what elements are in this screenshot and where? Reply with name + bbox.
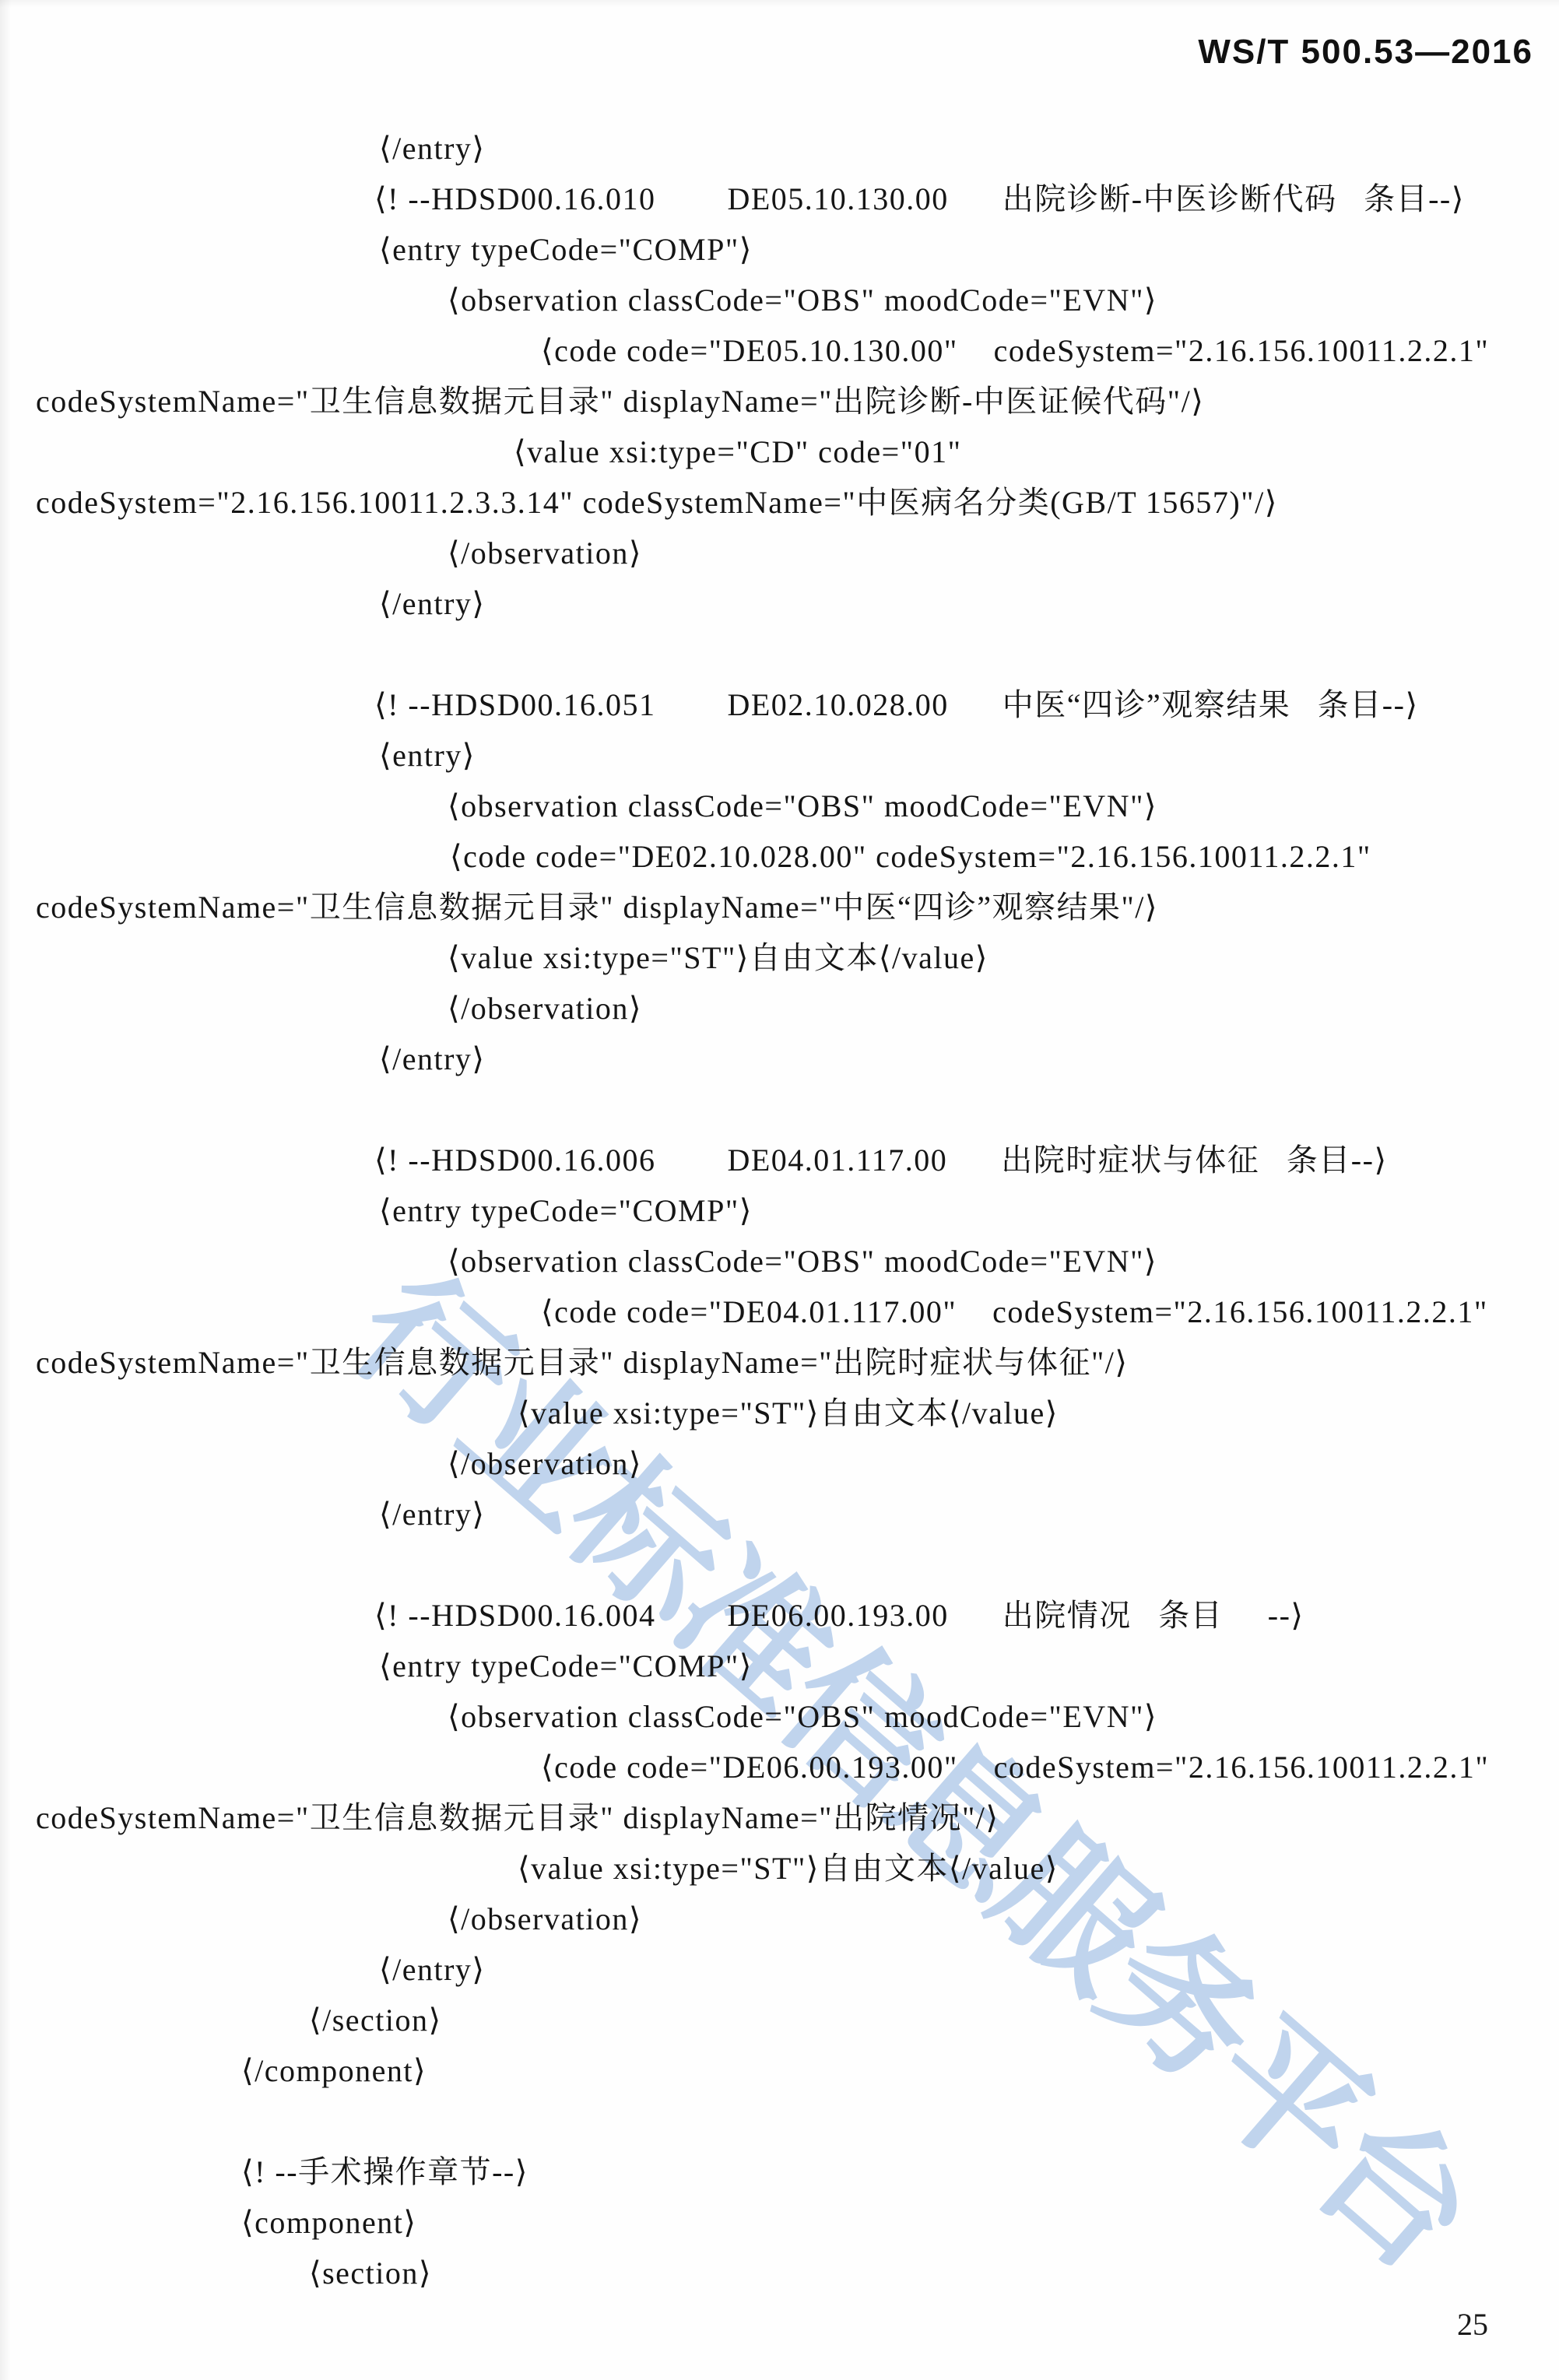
xml-code-line: ⟨! --HDSD00.16.051 DE02.10.028.00 中医“四诊”… <box>0 679 1559 730</box>
xml-code-line: ⟨component⟩ <box>0 2197 1559 2248</box>
xml-code-line: ⟨section⟩ <box>0 2248 1559 2298</box>
xml-code-line: ⟨value xsi:type="ST"⟩自由文本⟨/value⟩ <box>0 1388 1559 1438</box>
xml-code-line: ⟨/observation⟩ <box>0 1894 1559 1944</box>
xml-code-line: codeSystem="2.16.156.10011.2.3.3.14" cod… <box>0 477 1559 528</box>
xml-code-line <box>0 1084 1559 1135</box>
xml-code-line: ⟨/component⟩ <box>0 2045 1559 2096</box>
scan-edge-shading-top <box>0 0 1559 8</box>
xml-code-line: ⟨code code="DE06.00.193.00" codeSystem="… <box>0 1742 1559 1792</box>
standard-number-header: WS/T 500.53—2016 <box>1198 33 1533 72</box>
xml-code-line: ⟨/observation⟩ <box>0 1438 1559 1489</box>
xml-code-line: ⟨! --HDSD00.16.006 DE04.01.117.00 出院时症状与… <box>0 1135 1559 1185</box>
xml-code-line: codeSystemName="卫生信息数据元目录" displayName="… <box>0 1337 1559 1388</box>
xml-code-line: ⟨observation classCode="OBS" moodCode="E… <box>0 781 1559 831</box>
xml-code-line: ⟨/entry⟩ <box>0 1944 1559 1995</box>
xml-code-line: ⟨/observation⟩ <box>0 983 1559 1034</box>
xml-code-line: ⟨entry typeCode="COMP"⟩ <box>0 1641 1559 1691</box>
xml-code-line: ⟨! --HDSD00.16.004 DE06.00.193.00 出院情况 条… <box>0 1590 1559 1641</box>
xml-code-line: ⟨/entry⟩ <box>0 1034 1559 1084</box>
xml-code-line: ⟨/observation⟩ <box>0 528 1559 578</box>
xml-code-line: ⟨entry typeCode="COMP"⟩ <box>0 1185 1559 1236</box>
xml-code-line: codeSystemName="卫生信息数据元目录" displayName="… <box>0 1792 1559 1843</box>
xml-code-line: codeSystemName="卫生信息数据元目录" displayName="… <box>0 376 1559 427</box>
xml-code-line: ⟨observation classCode="OBS" moodCode="E… <box>0 275 1559 325</box>
xml-code-line: ⟨entry⟩ <box>0 730 1559 781</box>
xml-code-line: codeSystemName="卫生信息数据元目录" displayName="… <box>0 882 1559 932</box>
xml-code-line: ⟨! --HDSD00.16.010 DE05.10.130.00 出院诊断-中… <box>0 174 1559 224</box>
xml-code-line: ⟨value xsi:type="ST"⟩自由文本⟨/value⟩ <box>0 1843 1559 1894</box>
xml-code-line <box>0 1539 1559 1590</box>
xml-code-line: ⟨entry typeCode="COMP"⟩ <box>0 224 1559 275</box>
xml-code-line <box>0 629 1559 679</box>
xml-code-line: ⟨/entry⟩ <box>0 1489 1559 1539</box>
document-page: 行业标准信息服务平台 WS/T 500.53—2016 ⟨/entry⟩⟨! -… <box>0 0 1559 2380</box>
xml-code-block: ⟨/entry⟩⟨! --HDSD00.16.010 DE05.10.130.0… <box>0 123 1559 2298</box>
xml-code-line: ⟨value xsi:type="ST"⟩自由文本⟨/value⟩ <box>0 932 1559 983</box>
page-number: 25 <box>1457 2306 1488 2343</box>
xml-code-line: ⟨value xsi:type="CD" code="01" <box>0 427 1559 477</box>
xml-code-line <box>0 2096 1559 2147</box>
xml-code-line: ⟨code code="DE02.10.028.00" codeSystem="… <box>0 831 1559 882</box>
xml-code-line: ⟨/entry⟩ <box>0 123 1559 174</box>
xml-code-line: ⟨observation classCode="OBS" moodCode="E… <box>0 1236 1559 1287</box>
xml-code-line: ⟨code code="DE05.10.130.00" codeSystem="… <box>0 325 1559 376</box>
xml-code-line: ⟨code code="DE04.01.117.00" codeSystem="… <box>0 1287 1559 1337</box>
xml-code-line: ⟨! --手术操作章节--⟩ <box>0 2147 1559 2197</box>
xml-code-line: ⟨/entry⟩ <box>0 578 1559 629</box>
xml-code-line: ⟨/section⟩ <box>0 1995 1559 2045</box>
xml-code-line: ⟨observation classCode="OBS" moodCode="E… <box>0 1691 1559 1742</box>
